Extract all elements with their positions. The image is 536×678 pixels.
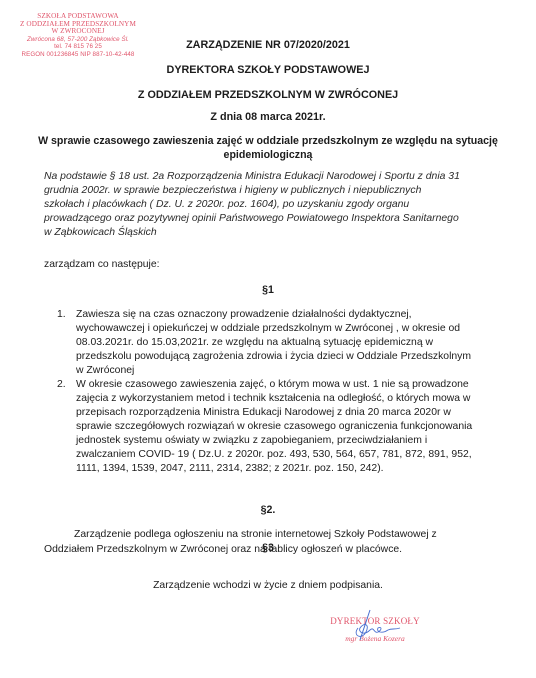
legal-basis: Na podstawie § 18 ust. 2a Rozporządzenia… — [44, 170, 464, 240]
stamp-regon-nip: REGON 001236845 NIP 887-10-42-448 — [0, 51, 156, 59]
section-3-heading: §3 — [0, 542, 536, 554]
section-3-text: Zarządzenie wchodzi w życie z dniem podp… — [0, 580, 536, 591]
document-title: ZARZĄDZENIE NR 07/2020/2021 — [0, 39, 536, 51]
issuer-line-2: Z ODDZIAŁEM PRZEDSZKOLNYM W ZWRÓCONEJ — [0, 89, 536, 101]
list-item-text: Zawiesza się na czas oznaczony prowadzen… — [76, 309, 471, 376]
section-1-heading: §1 — [0, 284, 536, 296]
list-item: 2. W okresie czasowego zawieszenia zajęć… — [57, 378, 477, 476]
school-stamp: SZKOŁA PODSTAWOWA Z ODDZIAŁEM PRZEDSZKOL… — [0, 13, 156, 59]
section-2-heading: §2. — [0, 504, 536, 516]
handwritten-signature-icon — [348, 606, 408, 646]
list-item-number: 2. — [57, 378, 66, 392]
list-item: 1. Zawiesza się na czas oznaczony prowad… — [57, 308, 477, 378]
section-1-list: 1. Zawiesza się na czas oznaczony prowad… — [57, 308, 477, 476]
list-item-number: 1. — [57, 308, 66, 322]
document-date: Z dnia 08 marca 2021r. — [0, 111, 536, 123]
intro-text: zarządzam co następuje: — [44, 259, 160, 270]
issuer-line-1: DYREKTORA SZKOŁY PODSTAWOWEJ — [0, 64, 536, 76]
stamp-school-name-3: W ZWROCONEJ — [0, 28, 156, 36]
document-subject: W sprawie czasowego zawieszenia zajęć w … — [30, 134, 506, 162]
list-item-text: W okresie czasowego zawieszenia zajęć, o… — [76, 379, 472, 474]
